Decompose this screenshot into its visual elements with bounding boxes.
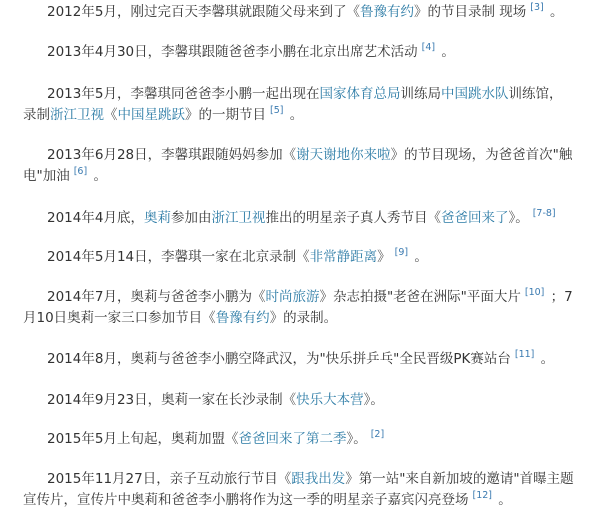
paragraph-line: 2014年8月，奥莉与爸爸李小鹏空降武汉，为"快乐拼乒乓"全民晋级PK赛站台[1… — [23, 349, 593, 370]
body-text: 电"加油 — [23, 168, 70, 184]
body-text: 。 — [536, 351, 554, 367]
body-text: 训练局 — [400, 86, 441, 102]
body-text: 》第一站"来自新加坡的邀请"首曝主题 — [345, 471, 573, 487]
timeline-paragraph: 2014年7月，奥莉与爸爸李小鹏为《时尚旅游》杂志拍摄"老爸在洲际"平面大片[1… — [23, 287, 593, 329]
body-text: 推出的明星亲子真人秀节目《 — [265, 210, 441, 226]
body-text: 2013年4月30日，李馨琪跟随爸爸李小鹏在北京出席艺术活动 — [47, 44, 418, 60]
citation-link[interactable]: [11] — [515, 349, 535, 360]
body-text: 训练馆， — [508, 86, 562, 102]
body-text: 2015年5月上旬起，奥莉加盟《 — [47, 431, 238, 447]
wiki-link[interactable]: 爸爸回来了第二季 — [238, 431, 346, 447]
body-text: 《 — [104, 107, 118, 123]
wiki-link[interactable]: 非常静距离 — [310, 249, 378, 265]
body-text: 。 — [285, 107, 303, 123]
citation-link[interactable]: [9] — [395, 247, 408, 258]
body-text: 2014年5月14日，李馨琪一家在北京录制《 — [47, 249, 310, 265]
body-text: 宣传片，宣传片中奥莉和爸爸李小鹏将作为这一季的明星亲子嘉宾闪亮登场 — [23, 492, 469, 508]
paragraph-line: 2013年4月30日，李馨琪跟随爸爸李小鹏在北京出席艺术活动[4] 。 — [23, 42, 593, 63]
body-text: 2014年8月，奥莉与爸爸李小鹏空降武汉，为"快乐拼乒乓"全民晋级PK赛站台 — [47, 351, 511, 367]
body-text: 2013年6月28日，李馨琪跟随妈妈参加《 — [47, 147, 296, 163]
paragraph-line: 2014年4月底，奥莉参加由浙江卫视推出的明星亲子真人秀节目《爸爸回来了》。[7… — [23, 208, 593, 229]
wiki-link[interactable]: 浙江卫视 — [50, 107, 104, 123]
paragraph-line: 2013年6月28日，李馨琪跟随妈妈参加《谢天谢地你来啦》的节目现场，为爸爸首次… — [23, 145, 593, 166]
body-text: 2014年7月，奥莉与爸爸李小鹏为《 — [47, 289, 265, 305]
wiki-link[interactable]: 爸爸回来了 — [441, 210, 509, 226]
citation-link[interactable]: [5] — [270, 105, 283, 116]
timeline-paragraph: 2012年5月，刚过完百天李馨琪就跟随父母来到了《鲁豫有约》的节目录制 现场[3… — [23, 2, 593, 23]
body-text: 。 — [89, 168, 107, 184]
paragraph-line: 2014年5月14日，李馨琪一家在北京录制《非常静距离》[9] 。 — [23, 247, 593, 268]
wiki-link[interactable]: 时尚旅游 — [265, 289, 319, 305]
timeline-paragraph: 2013年4月30日，李馨琪跟随爸爸李小鹏在北京出席艺术活动[4] 。 — [23, 42, 593, 63]
wiki-link[interactable]: 谢天谢地你来啦 — [296, 147, 391, 163]
paragraph-line: 2013年5月，李馨琪同爸爸李小鹏一起出现在国家体育总局训练局中国跳水队训练馆， — [23, 84, 593, 105]
wiki-link[interactable]: 鲁豫有约 — [216, 310, 270, 326]
citation-link[interactable]: [7-8] — [533, 208, 556, 219]
citation-link[interactable]: [4] — [422, 42, 435, 53]
body-text: 参加由 — [171, 210, 212, 226]
wiki-link[interactable]: 中国跳水队 — [441, 86, 509, 102]
body-text: 》的一期节目 — [185, 107, 266, 123]
body-text: 。 — [410, 249, 428, 265]
paragraph-line: 月10日奥莉一家三口参加节目《鲁豫有约》的录制。 — [23, 308, 593, 329]
paragraph-line: 2012年5月，刚过完百天李馨琪就跟随父母来到了《鲁豫有约》的节目录制 现场[3… — [23, 2, 593, 23]
citation-link[interactable]: [3] — [530, 2, 543, 13]
paragraph-line: 电"加油[6] 。 — [23, 166, 593, 187]
body-text: 。 — [437, 44, 455, 60]
paragraph-line: 2014年7月，奥莉与爸爸李小鹏为《时尚旅游》杂志拍摄"老爸在洲际"平面大片[1… — [23, 287, 593, 308]
paragraph-line: 录制浙江卫视《中国星跳跃》的一期节目[5] 。 — [23, 105, 593, 126]
body-text: 》的节目录制 现场 — [414, 4, 526, 20]
citation-link[interactable]: [10] — [525, 287, 545, 298]
body-text: 月10日奥莉一家三口参加节目《 — [23, 310, 216, 326]
body-text: 2013年5月，李馨琪同爸爸李小鹏一起出现在 — [47, 86, 319, 102]
wiki-link[interactable]: 国家体育总局 — [319, 86, 400, 102]
wiki-link[interactable]: 浙江卫视 — [211, 210, 265, 226]
body-text: 》的录制。 — [270, 310, 338, 326]
body-text: 。 — [494, 492, 512, 508]
body-text: 2014年4月底， — [47, 210, 144, 226]
wiki-link[interactable]: 跟我出发 — [291, 471, 345, 487]
timeline-paragraph: 2013年5月，李馨琪同爸爸李小鹏一起出现在国家体育总局训练局中国跳水队训练馆，… — [23, 84, 593, 126]
paragraph-line: 2015年11月27日，亲子互动旅行节目《跟我出发》第一站"来自新加坡的邀请"首… — [23, 469, 593, 490]
paragraph-line: 宣传片，宣传片中奥莉和爸爸李小鹏将作为这一季的明星亲子嘉宾闪亮登场[12] 。 — [23, 490, 593, 511]
body-text: 》。 — [364, 392, 384, 408]
wiki-link[interactable]: 鲁豫有约 — [360, 4, 414, 20]
body-text: 2014年9月23日，奥莉一家在长沙录制《 — [47, 392, 296, 408]
wiki-link[interactable]: 快乐大本营 — [296, 392, 364, 408]
body-text: 》 — [377, 249, 391, 265]
paragraph-line: 2015年5月上旬起，奥莉加盟《爸爸回来了第二季》。[2] — [23, 429, 593, 450]
timeline-paragraph: 2014年9月23日，奥莉一家在长沙录制《快乐大本营》。 — [23, 390, 593, 411]
citation-link[interactable]: [2] — [371, 429, 384, 440]
body-text: 录制 — [23, 107, 50, 123]
timeline-paragraph: 2014年5月14日，李馨琪一家在北京录制《非常静距离》[9] 。 — [23, 247, 593, 268]
body-text: 2015年11月27日，亲子互动旅行节目《 — [47, 471, 291, 487]
body-text: 》。 — [508, 210, 528, 226]
citation-link[interactable]: [6] — [74, 166, 87, 177]
body-text: ；7 — [546, 289, 572, 305]
body-text: 》的节目现场，为爸爸首次"触 — [391, 147, 573, 163]
timeline-paragraph: 2015年5月上旬起，奥莉加盟《爸爸回来了第二季》。[2] — [23, 429, 593, 450]
wiki-link[interactable]: 奥莉 — [144, 210, 171, 226]
citation-link[interactable]: [12] — [473, 490, 493, 501]
body-text: 。 — [546, 4, 564, 20]
body-text: 》。 — [346, 431, 366, 447]
body-text: 2012年5月，刚过完百天李馨琪就跟随父母来到了《 — [47, 4, 360, 20]
timeline-paragraph: 2013年6月28日，李馨琪跟随妈妈参加《谢天谢地你来啦》的节目现场，为爸爸首次… — [23, 145, 593, 187]
timeline-paragraph: 2014年8月，奥莉与爸爸李小鹏空降武汉，为"快乐拼乒乓"全民晋级PK赛站台[1… — [23, 349, 593, 370]
timeline-paragraph: 2014年4月底，奥莉参加由浙江卫视推出的明星亲子真人秀节目《爸爸回来了》。[7… — [23, 208, 593, 229]
wiki-link[interactable]: 中国星跳跃 — [118, 107, 186, 123]
body-text: 》杂志拍摄"老爸在洲际"平面大片 — [319, 289, 520, 305]
paragraph-line: 2014年9月23日，奥莉一家在长沙录制《快乐大本营》。 — [23, 390, 593, 411]
timeline-paragraph: 2015年11月27日，亲子互动旅行节目《跟我出发》第一站"来自新加坡的邀请"首… — [23, 469, 593, 511]
